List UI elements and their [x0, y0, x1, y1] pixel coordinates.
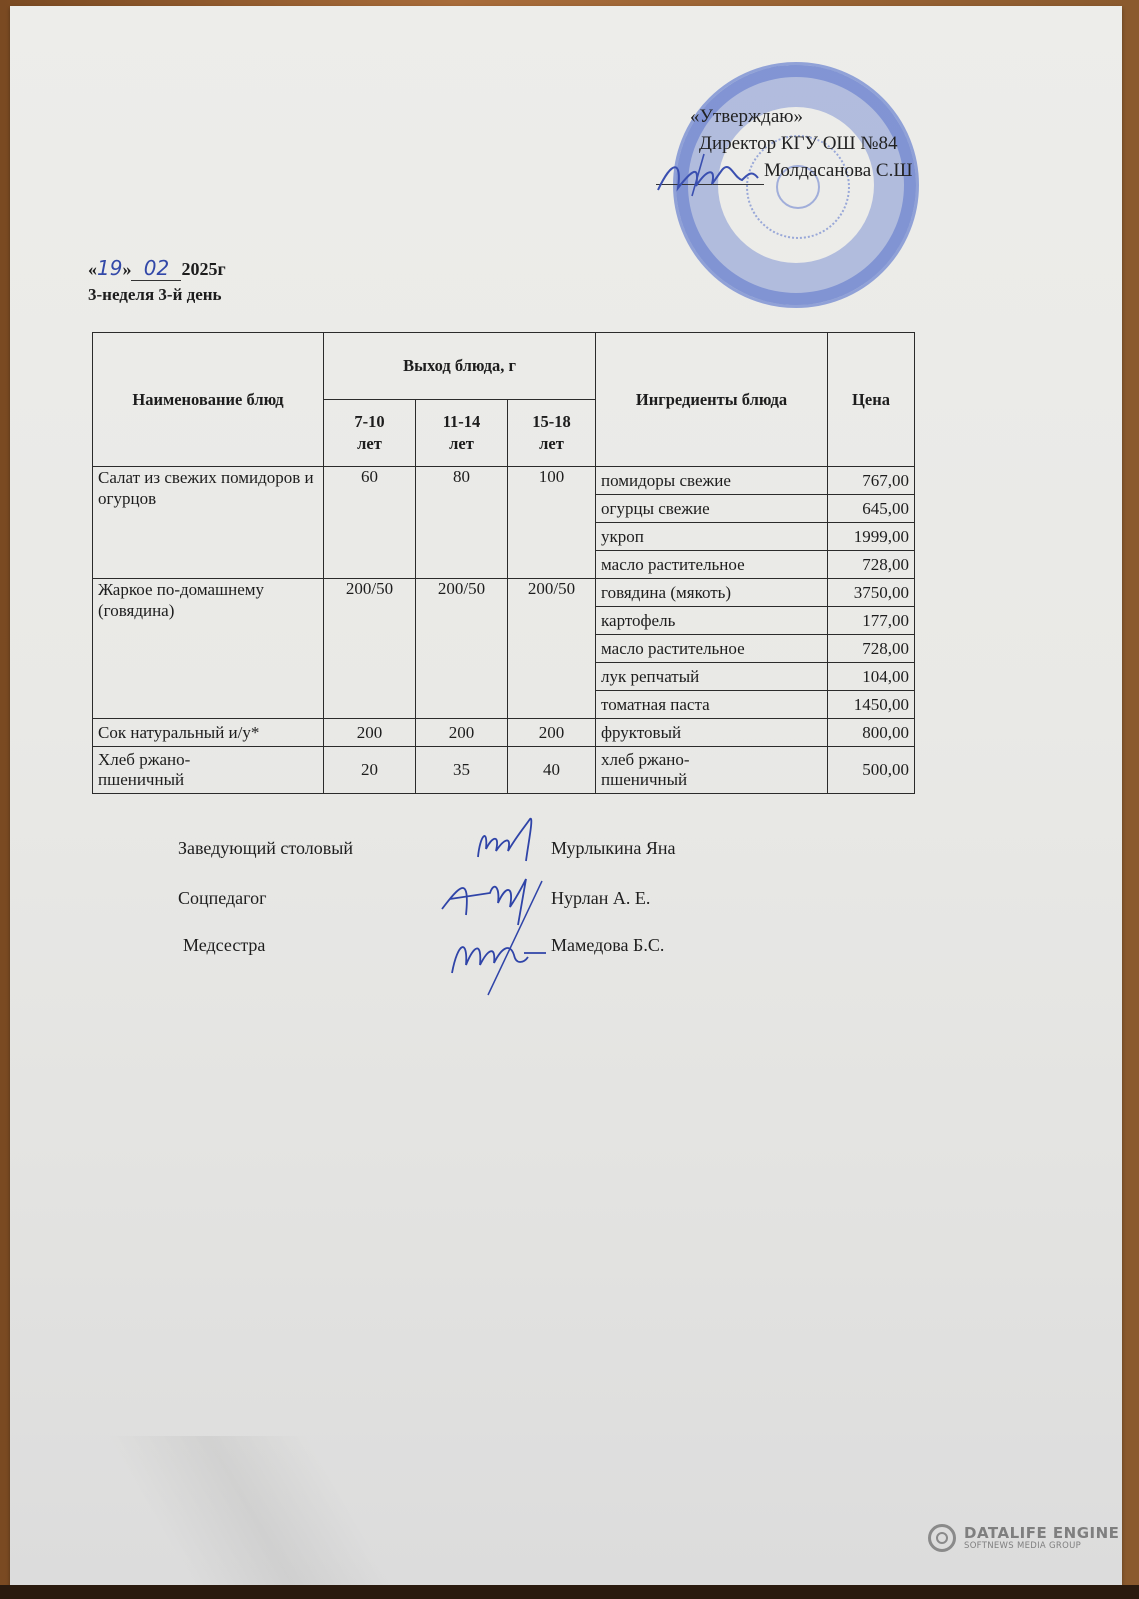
date-quote-open: «	[88, 259, 97, 279]
dish-name-line: пшеничный	[98, 770, 184, 789]
date-month: 02	[144, 256, 169, 280]
week-day-label: 3-неделя 3-й день	[88, 285, 222, 305]
date-month-field: 02	[131, 256, 181, 281]
ingredient-name: укроп	[596, 523, 828, 551]
table-row: Сок натуральный и/у* 200 200 200 фруктов…	[93, 719, 915, 747]
approval-heading: «Утверждаю»	[690, 106, 803, 128]
age-range: 15-18	[532, 412, 571, 431]
date-year: 2025г	[181, 259, 225, 279]
ingredient-price: 104,00	[828, 663, 915, 691]
staff-signatures	[430, 815, 560, 1005]
yield-11-14: 35	[416, 747, 508, 794]
table-header-row: Наименование блюд Выход блюда, г Ингреди…	[93, 333, 915, 400]
age-range: 7-10	[354, 412, 384, 431]
header-age-11-14: 11-14лет	[416, 400, 508, 467]
signature-name: Нурлан А. Е.	[551, 888, 650, 909]
header-yield: Выход блюда, г	[324, 333, 596, 400]
header-age-15-18: 15-18лет	[508, 400, 596, 467]
dish-name: Салат из свежих помидоров и огурцов	[93, 467, 324, 579]
yield-11-14: 200	[416, 719, 508, 747]
watermark-title: DATALIFE ENGINE	[964, 1526, 1119, 1541]
ingredient-price: 1450,00	[828, 691, 915, 719]
ingredient-name: картофель	[596, 607, 828, 635]
dish-name: Жаркое по-домашнему (говядина)	[93, 579, 324, 719]
yield-15-18: 40	[508, 747, 596, 794]
ingredient-price: 3750,00	[828, 579, 915, 607]
yield-7-10: 200/50	[324, 579, 416, 719]
dish-name-line: Хлеб ржано-	[98, 750, 190, 769]
yield-11-14: 200/50	[416, 579, 508, 719]
dish-name: Сок натуральный и/у*	[93, 719, 324, 747]
signature-role: Заведующий столовый	[178, 838, 353, 859]
age-range: 11-14	[443, 412, 481, 431]
age-unit: лет	[539, 434, 564, 453]
table-row: Хлеб ржано-пшеничный 20 35 40 хлеб ржано…	[93, 747, 915, 794]
watermark: DATALIFE ENGINE SOFTNEWS MEDIA GROUP	[928, 1524, 1119, 1552]
header-dish-name: Наименование блюд	[93, 333, 324, 467]
signature-role: Медсестра	[183, 935, 265, 956]
header-ingredients: Ингредиенты блюда	[596, 333, 828, 467]
ingredient-name: фруктовый	[596, 719, 828, 747]
ingredient-name: масло растительное	[596, 551, 828, 579]
ingredient-price: 1999,00	[828, 523, 915, 551]
ingredient-name: огурцы свежие	[596, 495, 828, 523]
ingredient-price: 645,00	[828, 495, 915, 523]
age-unit: лет	[449, 434, 474, 453]
ingredient-name: томатная паста	[596, 691, 828, 719]
yield-15-18: 100	[508, 467, 596, 579]
approval-director-name: Молдасанова С.Ш	[764, 160, 913, 182]
date-day: 19	[97, 256, 122, 280]
watermark-subtitle: SOFTNEWS MEDIA GROUP	[964, 1541, 1119, 1551]
ingredient-price: 177,00	[828, 607, 915, 635]
menu-table: Наименование блюд Выход блюда, г Ингреди…	[92, 332, 915, 794]
ingredient-name-line: пшеничный	[601, 770, 687, 789]
ingredient-name: помидоры свежие	[596, 467, 828, 495]
ingredient-price: 500,00	[828, 747, 915, 794]
ingredient-price: 728,00	[828, 551, 915, 579]
ingredient-price: 800,00	[828, 719, 915, 747]
background-surface	[0, 1585, 1139, 1599]
ingredient-name: говядина (мякоть)	[596, 579, 828, 607]
document-page	[10, 6, 1122, 1586]
signature-role: Соцпедагог	[178, 888, 267, 909]
header-age-7-10: 7-10лет	[324, 400, 416, 467]
datalife-logo-icon	[928, 1524, 956, 1552]
yield-11-14: 80	[416, 467, 508, 579]
ingredient-name: хлеб ржано-пшеничный	[596, 747, 828, 794]
ingredient-price: 767,00	[828, 467, 915, 495]
date-quote-close: »	[122, 259, 131, 279]
table-row: Салат из свежих помидоров и огурцов 60 8…	[93, 467, 915, 495]
yield-7-10: 60	[324, 467, 416, 579]
dish-name: Хлеб ржано-пшеничный	[93, 747, 324, 794]
yield-7-10: 20	[324, 747, 416, 794]
yield-15-18: 200	[508, 719, 596, 747]
yield-15-18: 200/50	[508, 579, 596, 719]
ingredient-name: лук репчатый	[596, 663, 828, 691]
age-unit: лет	[357, 434, 382, 453]
document-date: «19»022025г	[88, 256, 226, 281]
signature-name: Мурлыкина Яна	[551, 838, 676, 859]
ingredient-name: масло растительное	[596, 635, 828, 663]
yield-7-10: 200	[324, 719, 416, 747]
ingredient-name-line: хлеб ржано-	[601, 750, 689, 769]
signature-name: Мамедова Б.С.	[551, 935, 664, 956]
ingredient-price: 728,00	[828, 635, 915, 663]
header-price: Цена	[828, 333, 915, 467]
director-signature	[652, 150, 764, 200]
table-row: Жаркое по-домашнему (говядина) 200/50 20…	[93, 579, 915, 607]
